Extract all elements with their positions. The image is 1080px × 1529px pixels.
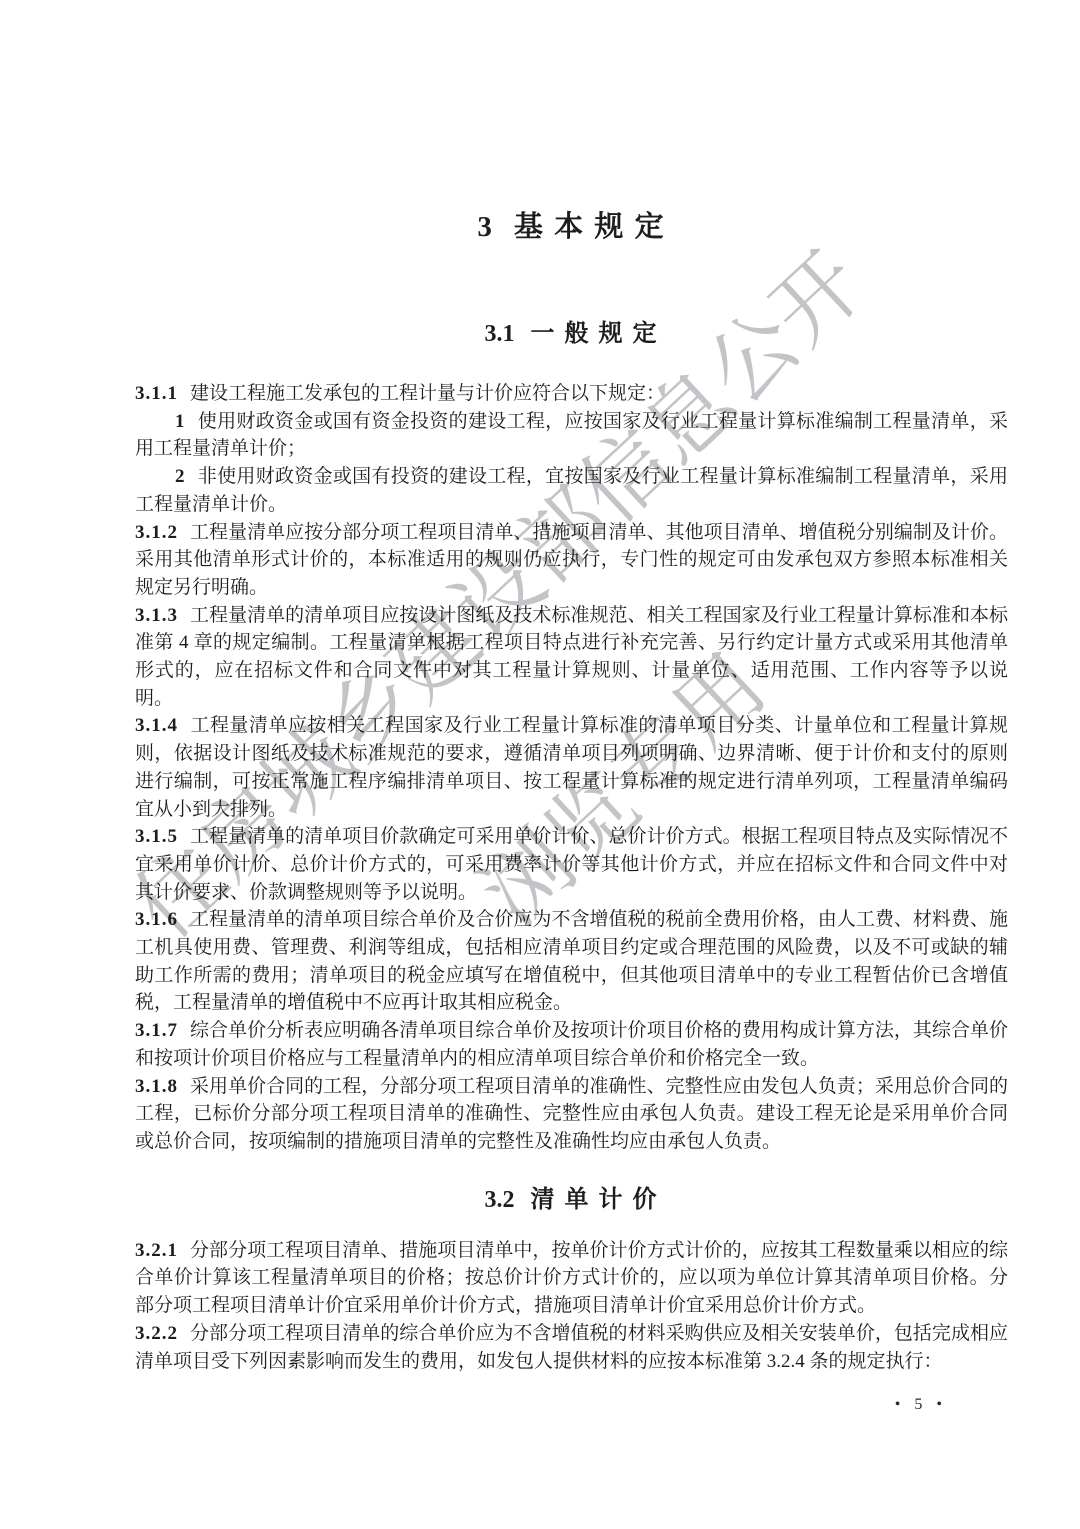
clause-text: 综合单价分析表应明确各清单项目综合单价及按项计价项目价格的费用构成计算方法，其综… xyxy=(135,1020,1008,1069)
clause-number: 3.2.1 xyxy=(135,1240,178,1261)
clause-3-1-7: 3.1.7综合单价分析表应明确各清单项目综合单价及按项计价项目价格的费用构成计算… xyxy=(135,1017,1008,1072)
section-3-1-number: 3.1 xyxy=(485,321,515,347)
subitem-number: 2 xyxy=(175,466,186,487)
clause-3-1-1-item-1: 1使用财政资金或国有资金投资的建设工程，应按国家及行业工程量计算标准编制工程量清… xyxy=(135,408,1008,463)
subitem-number: 1 xyxy=(175,411,186,432)
clause-number: 3.2.2 xyxy=(135,1323,178,1344)
clause-3-1-5: 3.1.5工程量清单的清单项目价款确定可采用单价计价、总价计价方式。根据工程项目… xyxy=(135,823,1008,906)
chapter-title: 3基 本 规 定 xyxy=(135,210,1008,245)
section-3-1-title-text: 一 般 规 定 xyxy=(531,321,659,347)
clause-text: 工程量清单的清单项目价款确定可采用单价计价、总价计价方式。根据工程项目特点及实际… xyxy=(135,826,1008,902)
clause-text: 工程量清单应按分部分项工程项目清单、措施项目清单、其他项目清单、增值税分别编制及… xyxy=(135,522,1008,598)
clause-number: 3.1.2 xyxy=(135,522,178,543)
clause-number: 3.1.7 xyxy=(135,1020,178,1041)
clause-3-1-1: 3.1.1建设工程施工发承包的工程计量与计价应符合以下规定： xyxy=(135,380,1008,408)
clause-number: 3.1.8 xyxy=(135,1076,178,1097)
subitem-text: 非使用财政资金或国有投资的建设工程，宜按国家及行业工程量计算标准编制工程量清单，… xyxy=(135,466,1008,515)
clause-3-1-6: 3.1.6工程量清单的清单项目综合单价及合价应为不含增值税的税前全费用价格，由人… xyxy=(135,906,1008,1017)
clause-3-1-2: 3.1.2工程量清单应按分部分项工程项目清单、措施项目清单、其他项目清单、增值税… xyxy=(135,519,1008,602)
clause-text: 工程量清单应按相关工程国家及行业工程量计算标准的清单项目分类、计量单位和工程量计… xyxy=(135,715,1008,819)
clause-number: 3.1.1 xyxy=(135,383,178,404)
clause-3-1-3: 3.1.3工程量清单的清单项目应按设计图纸及技术标准规范、相关工程国家及行业工程… xyxy=(135,602,1008,713)
document-page: 住房城乡建设部信息公开 浏览专用 3基 本 规 定 3.1一 般 规 定 3.1… xyxy=(0,0,1080,1529)
section-3-2-title-text: 清 单 计 价 xyxy=(531,1187,659,1213)
subitem-text: 使用财政资金或国有资金投资的建设工程，应按国家及行业工程量计算标准编制工程量清单… xyxy=(135,411,1008,460)
clause-text: 工程量清单的清单项目综合单价及合价应为不含增值税的税前全费用价格，由人工费、材料… xyxy=(135,909,1008,1013)
clause-text: 建设工程施工发承包的工程计量与计价应符合以下规定： xyxy=(190,383,665,404)
section-heading-3-1: 3.1一 般 规 定 xyxy=(135,320,1008,349)
clause-3-1-8: 3.1.8采用单价合同的工程，分部分项工程项目清单的准确性、完整性应由发包人负责… xyxy=(135,1073,1008,1156)
clause-text: 分部分项工程项目清单、措施项目清单中，按单价计价方式计价的，应按其工程数量乘以相… xyxy=(135,1240,1008,1316)
chapter-title-text: 基 本 规 定 xyxy=(514,211,666,243)
page-content: 3基 本 规 定 3.1一 般 规 定 3.1.1建设工程施工发承包的工程计量与… xyxy=(135,0,1008,1375)
clause-3-1-4: 3.1.4工程量清单应按相关工程国家及行业工程量计算标准的清单项目分类、计量单位… xyxy=(135,712,1008,823)
clause-number: 3.1.5 xyxy=(135,826,178,847)
clause-3-2-1: 3.2.1分部分项工程项目清单、措施项目清单中，按单价计价方式计价的，应按其工程… xyxy=(135,1237,1008,1320)
clause-number: 3.1.3 xyxy=(135,605,178,626)
clause-text: 分部分项工程项目清单的综合单价应为不含增值税的材料采购供应及相关安装单价，包括完… xyxy=(135,1323,1008,1372)
section-heading-3-2: 3.2清 单 计 价 xyxy=(135,1186,1008,1215)
page-number: • 5 • xyxy=(895,1396,947,1414)
chapter-number: 3 xyxy=(477,211,492,243)
clause-3-2-2: 3.2.2分部分项工程项目清单的综合单价应为不含增值税的材料采购供应及相关安装单… xyxy=(135,1320,1008,1375)
clause-text: 工程量清单的清单项目应按设计图纸及技术标准规范、相关工程国家及行业工程量计算标准… xyxy=(135,605,1008,709)
clause-number: 3.1.6 xyxy=(135,909,178,930)
clause-number: 3.1.4 xyxy=(135,715,178,736)
clause-3-1-1-item-2: 2非使用财政资金或国有投资的建设工程，宜按国家及行业工程量计算标准编制工程量清单… xyxy=(135,463,1008,518)
clause-text: 采用单价合同的工程，分部分项工程项目清单的准确性、完整性应由发包人负责；采用总价… xyxy=(135,1076,1008,1152)
section-3-2-number: 3.2 xyxy=(485,1187,515,1213)
